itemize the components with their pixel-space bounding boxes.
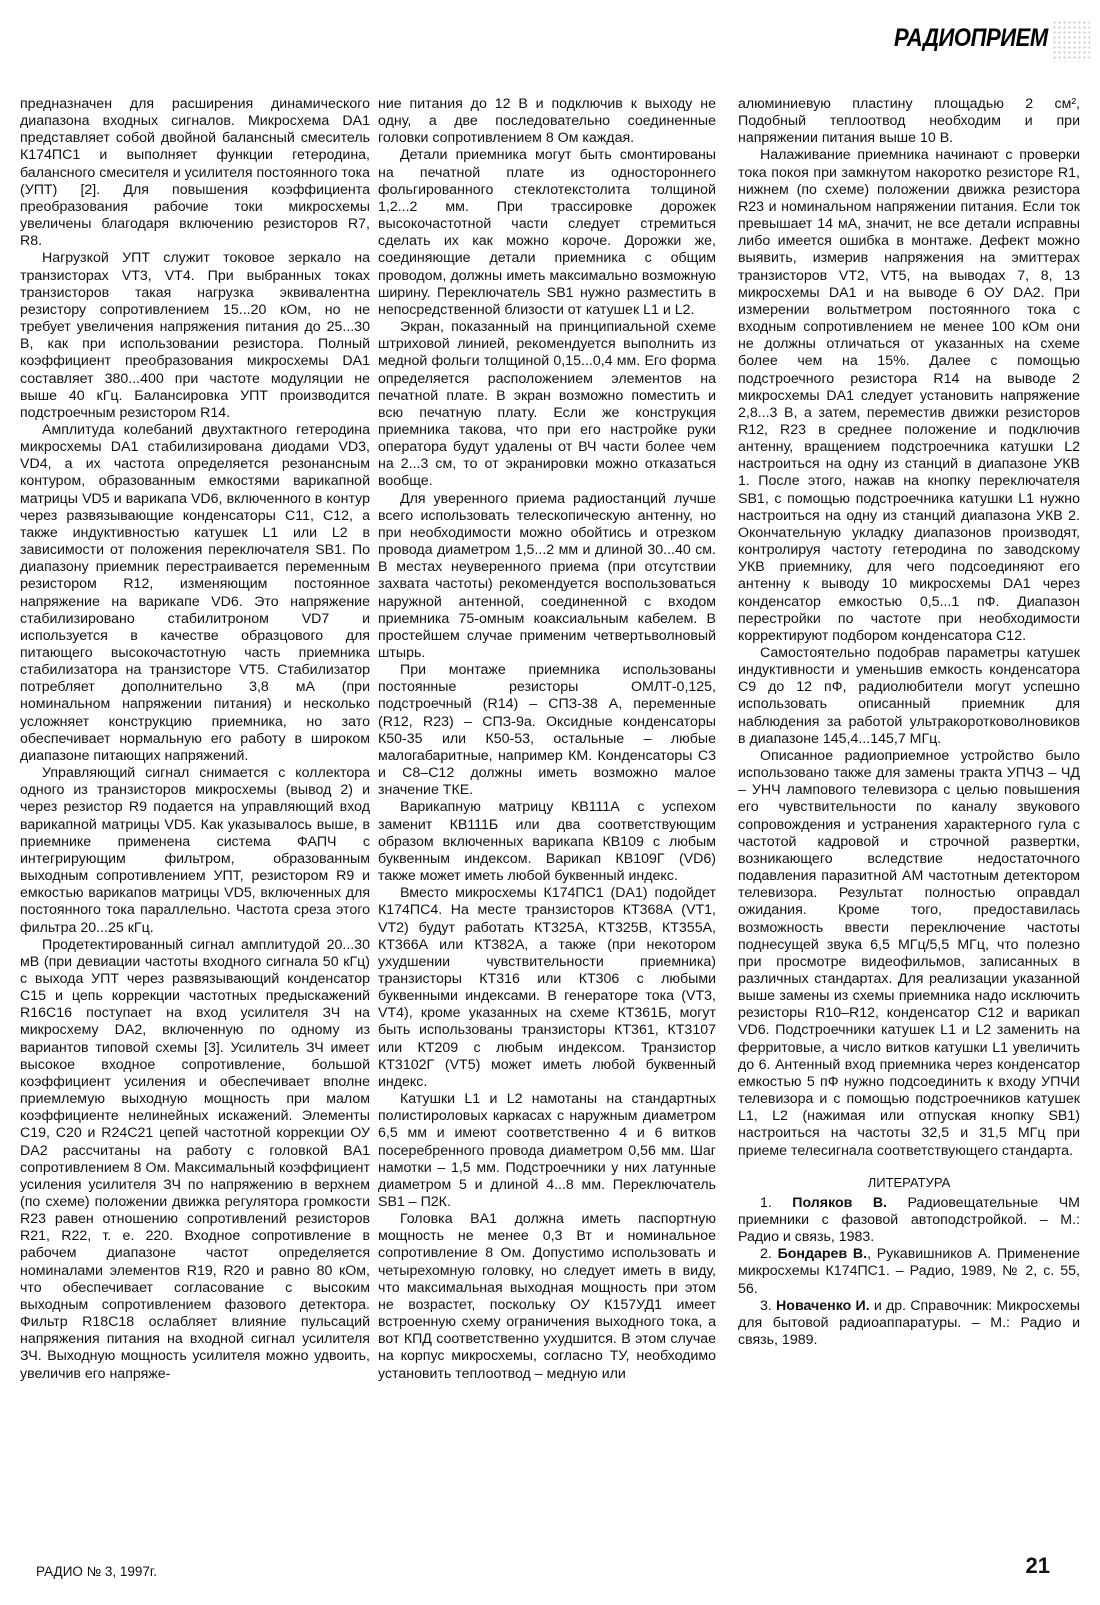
reference-author: Новаченко И.	[776, 1298, 870, 1314]
issue-info: РАДИО № 3, 1997г.	[36, 1564, 157, 1579]
reference-author: Бондарев В.	[778, 1246, 868, 1262]
paragraph: алюминиевую пластину площадью 2 см², Под…	[738, 96, 1080, 147]
column-3: алюминиевую пластину площадью 2 см², Под…	[738, 96, 1080, 1349]
reference-number: 1.	[760, 1195, 772, 1211]
paragraph: Варикапную матрицу КВ111А с успехом заме…	[378, 799, 716, 885]
paragraph: Нагрузкой УПТ служит токовое зеркало на …	[20, 250, 370, 422]
paragraph: При монтаже приемника использованы посто…	[378, 662, 716, 799]
paragraph: предназначен для расширения динамическог…	[20, 96, 370, 250]
paragraph: Самостоятельно подобрав параметры катуше…	[738, 645, 1080, 748]
paragraph: Катушки L1 и L2 намотаны на стандартных …	[378, 1091, 716, 1211]
paragraph: Вместо микросхемы К174ПС1 (DA1) подойдет…	[378, 885, 716, 1091]
literature-heading: ЛИТЕРАТУРА	[738, 1174, 1080, 1191]
reference-text: Радиовещательные ЧМ приемники с фазовой …	[738, 1195, 1080, 1245]
column-2: ние питания до 12 В и подключив к выходу…	[378, 96, 716, 1383]
reference-author: Поляков В.	[792, 1195, 887, 1211]
reference-number: 2.	[760, 1246, 772, 1262]
reference-number: 3.	[760, 1298, 772, 1314]
column-1: предназначен для расширения динамическог…	[20, 96, 370, 1383]
section-title: РАДИОПРИЕМ	[894, 24, 1048, 53]
paragraph: Головка BA1 должна иметь паспортную мощн…	[378, 1211, 716, 1383]
paragraph: Для уверенного приема радиостанций лучше…	[378, 491, 716, 663]
reference-item: 2. Бондарев В., Рукавишников А. Применен…	[738, 1246, 1080, 1297]
paragraph: Налаживание приемника начинают с проверк…	[738, 147, 1080, 645]
paragraph: Амплитуда колебаний двухтактного гетерод…	[20, 422, 370, 765]
paragraph: Детали приемника могут быть смонтированы…	[378, 147, 716, 319]
page-number: 21	[1026, 1553, 1050, 1579]
paragraph: Описанное радиоприемное устройство было …	[738, 748, 1080, 1160]
reference-item: 1. Поляков В. Радиовещательные ЧМ приемн…	[738, 1195, 1080, 1246]
paragraph: Продетектированный сигнал амплитудой 20.…	[20, 937, 370, 1383]
paragraph: ние питания до 12 В и подключив к выходу…	[378, 96, 716, 147]
reference-item: 3. Новаченко И. и др. Справочник: Микрос…	[738, 1298, 1080, 1349]
decorative-pattern-icon	[1052, 20, 1090, 62]
paragraph: Управляющий сигнал снимается с коллектор…	[20, 765, 370, 937]
paragraph: Экран, показанный на принципиальной схем…	[378, 319, 716, 491]
